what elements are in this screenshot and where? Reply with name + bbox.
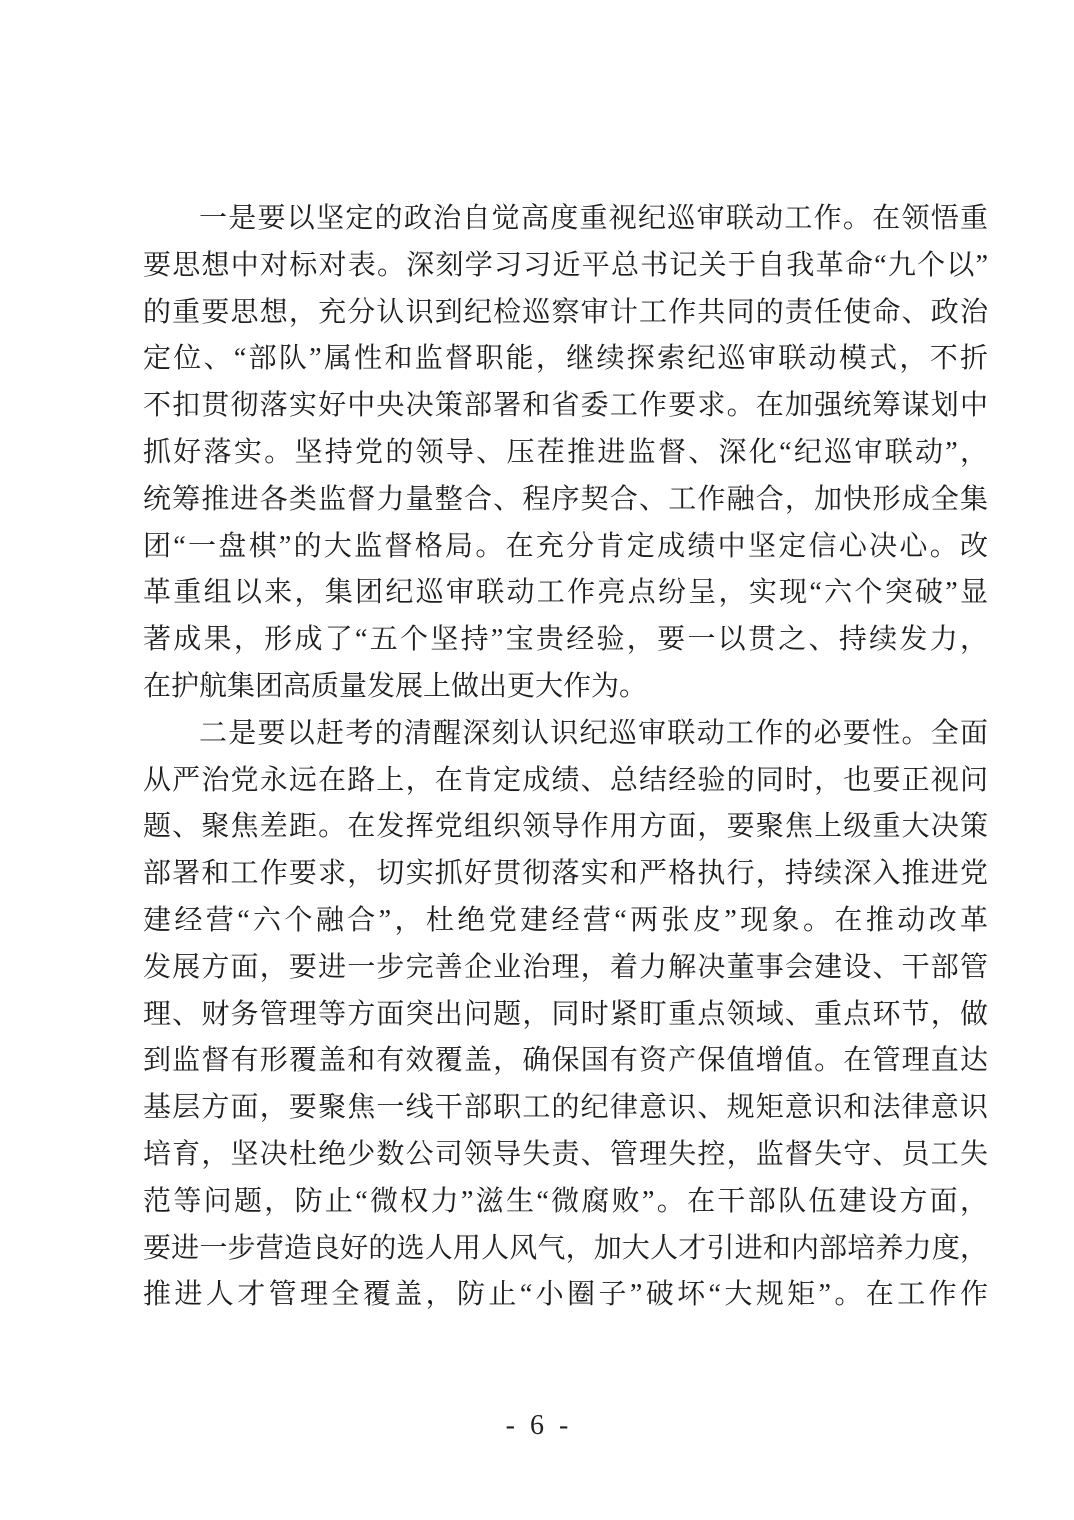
text-line: 团“一盘棋”的大监督格局。在充分肯定成绩中坚定信心决心。改 [143, 524, 988, 571]
text-line: 到监督有形覆盖和有效覆盖，确保国有资产保值增值。在管理直达 [143, 1038, 988, 1085]
text-line: 抓好落实。坚持党的领导、压茬推进监督、深化“纪巡审联动”， [143, 430, 988, 477]
page-number: - 6 - [506, 1410, 569, 1441]
text-line: 在护航集团高质量发展上做出更大作为。 [143, 664, 988, 711]
text-line: 发展方面，要进一步完善企业治理，着力解决董事会建设、干部管 [143, 945, 988, 992]
text-line: 定位、“部队”属性和监督职能，继续探索纪巡审联动模式，不折 [143, 336, 988, 383]
text-line: 统筹推进各类监督力量整合、程序契合、工作融合，加快形成全集 [143, 477, 988, 524]
document-body: 一是要以坚定的政治自觉高度重视纪巡审联动工作。在领悟重 要思想中对标对表。深刻学… [143, 196, 988, 1319]
text-line: 题、聚焦差距。在发挥党组织领导作用方面，要聚焦上级重大决策 [143, 804, 988, 851]
text-line: 要进一步营造良好的选人用人风气，加大人才引进和内部培养力度， [143, 1226, 988, 1273]
text-line: 范等问题，防止“微权力”滋生“微腐败”。在干部队伍建设方面， [143, 1179, 988, 1226]
text-line: 培育，坚决杜绝少数公司领导失责、管理失控，监督失守、员工失 [143, 1132, 988, 1179]
text-line: 部署和工作要求，切实抓好贯彻落实和严格执行，持续深入推进党 [143, 851, 988, 898]
text-line: 一是要以坚定的政治自觉高度重视纪巡审联动工作。在领悟重 [143, 196, 988, 243]
text-line: 不扣贯彻落实好中央决策部署和省委工作要求。在加强统筹谋划中 [143, 383, 988, 430]
paragraph-2: 二是要以赶考的清醒深刻认识纪巡审联动工作的必要性。全面 从严治党永远在路上，在肯… [143, 711, 988, 1319]
text-line: 从严治党永远在路上，在肯定成绩、总结经验的同时，也要正视问 [143, 758, 988, 805]
text-line: 要思想中对标对表。深刻学习习近平总书记关于自我革命“九个以” [143, 243, 988, 290]
text-line: 理、财务管理等方面突出问题，同时紧盯重点领域、重点环节，做 [143, 992, 988, 1039]
page-footer: - 6 - [0, 1406, 1074, 1446]
text-line: 基层方面，要聚焦一线干部职工的纪律意识、规矩意识和法律意识 [143, 1085, 988, 1132]
text-line: 著成果，形成了“五个坚持”宝贵经验，要一以贯之、持续发力， [143, 617, 988, 664]
paragraph-1: 一是要以坚定的政治自觉高度重视纪巡审联动工作。在领悟重 要思想中对标对表。深刻学… [143, 196, 988, 711]
text-line: 建经营“六个融合”，杜绝党建经营“两张皮”现象。在推动改革 [143, 898, 988, 945]
text-line: 推进人才管理全覆盖，防止“小圈子”破坏“大规矩”。在工作作 [143, 1272, 988, 1319]
text-line: 革重组以来，集团纪巡审联动工作亮点纷呈，实现“六个突破”显 [143, 570, 988, 617]
text-line: 的重要思想，充分认识到纪检巡察审计工作共同的责任使命、政治 [143, 290, 988, 337]
document-page: 一是要以坚定的政治自觉高度重视纪巡审联动工作。在领悟重 要思想中对标对表。深刻学… [0, 0, 1074, 1520]
text-line: 二是要以赶考的清醒深刻认识纪巡审联动工作的必要性。全面 [143, 711, 988, 758]
